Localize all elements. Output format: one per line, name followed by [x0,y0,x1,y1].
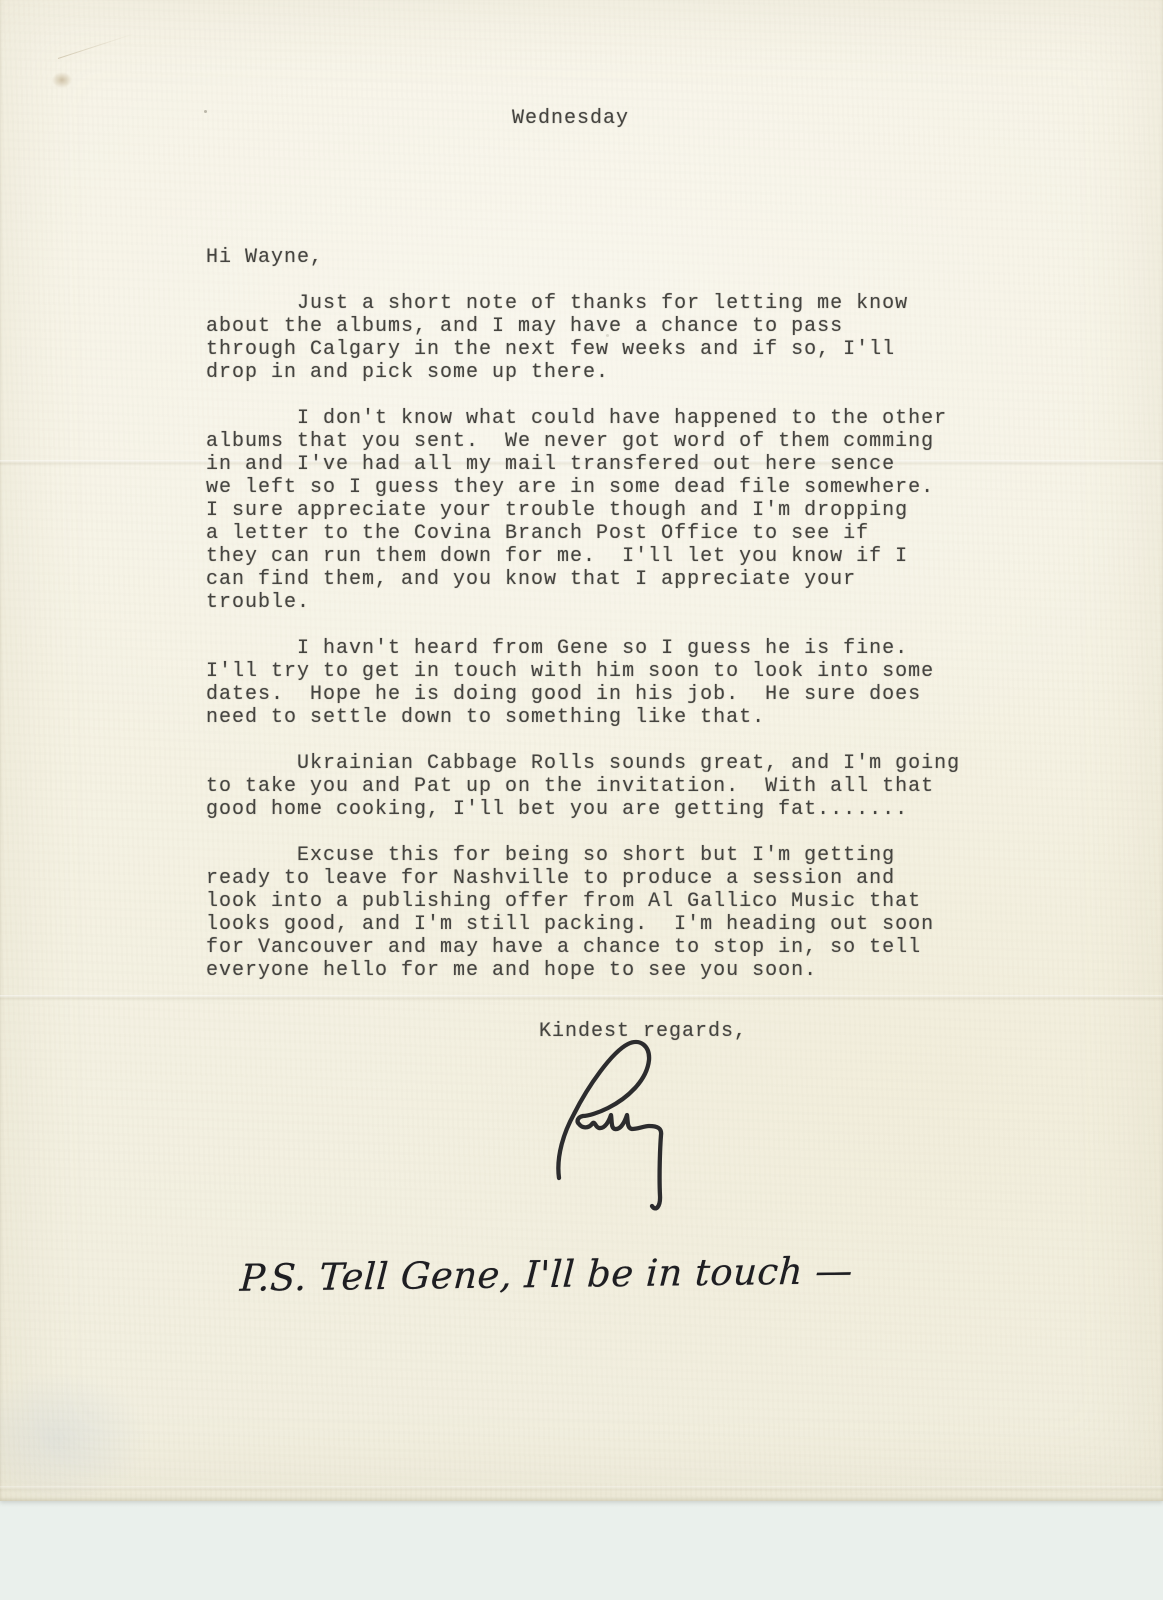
letter-line: Just a short note of thanks for letting … [206,292,960,315]
letter-line: about the albums, and I may have a chanc… [206,315,960,338]
stain-mark [52,72,72,88]
letter-line: I sure appreciate your trouble though an… [206,499,960,522]
letter-line: trouble. [206,591,960,614]
letter-line: a letter to the Covina Branch Post Offic… [206,522,960,545]
paper-sheet: Wednesday Hi Wayne, Just a short note of… [0,0,1163,1501]
letter-line: albums that you sent. We never got word … [206,430,960,453]
letter-paragraph: I havn't heard from Gene so I guess he i… [206,637,960,729]
salutation: Hi Wayne, [206,246,960,269]
letter-line: looks good, and I'm still packing. I'm h… [206,913,960,936]
postscript-handwriting: P.S. Tell Gene, I'll be in touch — [239,1249,854,1301]
letter-paragraph: Excuse this for being so short but I'm g… [206,844,960,982]
letter-line: Excuse this for being so short but I'm g… [206,844,960,867]
letter-line: I don't know what could have happened to… [206,407,960,430]
letter-line: everyone hello for me and hope to see yo… [206,959,960,982]
letter-line: Ukrainian Cabbage Rolls sounds great, an… [206,752,960,775]
date-line: Wednesday [512,107,629,130]
signature-stroke [558,1042,661,1208]
fold-crease-bottom-edge [0,1486,1163,1492]
letter-paragraph: Ukrainian Cabbage Rolls sounds great, an… [206,752,960,821]
letter-line: I havn't heard from Gene so I guess he i… [206,637,960,660]
letter-paragraph: I don't know what could have happened to… [206,407,960,614]
crease-scratch [58,33,134,59]
letter-line: look into a publishing offer from Al Gal… [206,890,960,913]
letter-line: in and I've had all my mail transfered o… [206,453,960,476]
letter-paragraph: Just a short note of thanks for letting … [206,292,960,384]
letter-line: we left so I guess they are in some dead… [206,476,960,499]
letter-body: Hi Wayne, Just a short note of thanks fo… [206,246,960,1005]
handwritten-signature [550,1036,675,1216]
letter-line: need to settle down to something like th… [206,706,960,729]
letter-line: through Calgary in the next few weeks an… [206,338,960,361]
letter-line: dates. Hope he is doing good in his job.… [206,683,960,706]
letter-line: drop in and pick some up there. [206,361,960,384]
letter-line: can find them, and you know that I appre… [206,568,960,591]
letter-line: to take you and Pat up on the invitation… [206,775,960,798]
paper-speck [204,110,207,113]
scanned-letter-page: { "colors": { "paper": "#f5f2e3", "scan_… [0,0,1163,1600]
letter-line: I'll try to get in touch with him soon t… [206,660,960,683]
letter-line: ready to leave for Nashville to produce … [206,867,960,890]
letter-line: good home cooking, I'll bet you are gett… [206,798,960,821]
letter-line: for Vancouver and may have a chance to s… [206,936,960,959]
letter-line: they can run them down for me. I'll let … [206,545,960,568]
